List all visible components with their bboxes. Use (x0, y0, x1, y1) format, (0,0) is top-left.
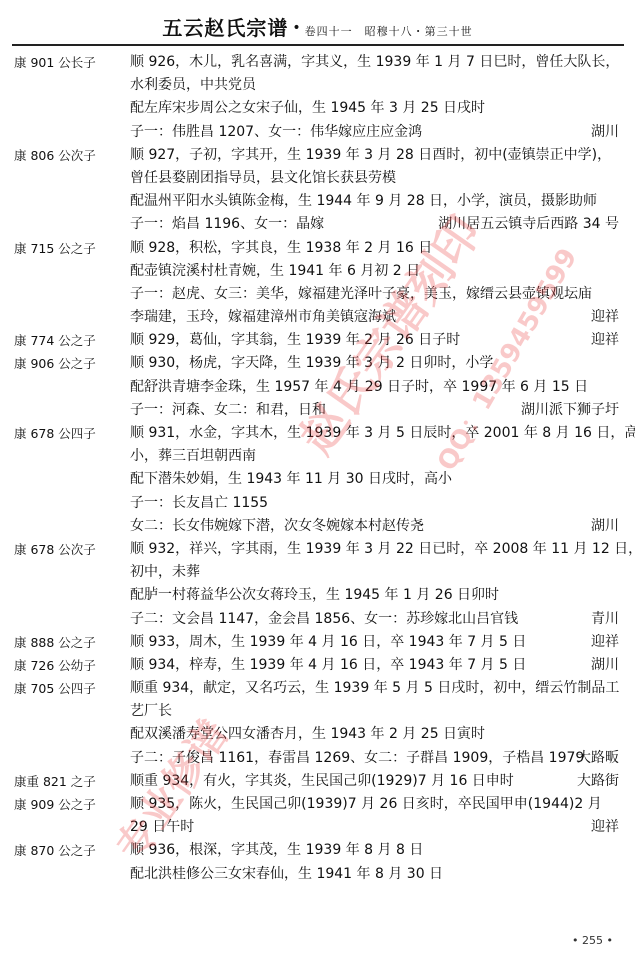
entry-line: 康 774 公之子顺 929，葛仙，字其翁，生 1939 年 2 月 26 日子… (0, 329, 635, 352)
entry-text: 顺 935，陈火，生民国己卯(1939)7 月 26 日亥时，卒民国甲申(194… (130, 793, 602, 816)
entry-line: 配壶镇浣溪村杜青婉，生 1941 年 6 月初 2 日 (0, 260, 635, 283)
entry-line: 初中，未葬 (0, 561, 635, 584)
volume-subtitle: 卷四十一 昭穆十八・第三十世 (305, 25, 473, 38)
entry-line: 康 678 公四子顺 931，水金，字其木，生 1939 年 3 月 5 日辰时… (0, 422, 635, 445)
parent-label: 康 774 公之子 (14, 329, 114, 352)
parent-label: 康 870 公之子 (14, 839, 114, 862)
entry-line: 康 901 公长子顺 926，木儿，乳名喜满，字其义，生 1939 年 1 月 … (0, 51, 635, 74)
book-title: 五云赵氏宗谱 (162, 16, 288, 40)
entry-line: 水利委员，中共党员 (0, 74, 635, 97)
entry-text: 子一：伟胜昌 1207、女一：伟华嫁应庄应金鸿 (130, 121, 422, 144)
entry-text: 顺 936，根深，字其茂，生 1939 年 8 月 8 日 (130, 839, 423, 862)
residence-location: 迎祥 (591, 631, 619, 654)
parent-label: 康重 821 之子 (14, 770, 114, 793)
parent-label: 康 678 公次子 (14, 538, 114, 561)
entry-text: 顺 933，周木，生 1939 年 4 月 16 日，卒 1943 年 7 月 … (130, 631, 526, 654)
entry-line: 康 909 公之子顺 935，陈火，生民国己卯(1939)7 月 26 日亥时，… (0, 793, 635, 816)
entry-text: 子一：河森、女二：和君，日和 (130, 399, 326, 422)
entry-line: 子二：子俊昌 1161，春雷昌 1269、女二：子群昌 1909，子梏昌 197… (0, 747, 635, 770)
genealogy-entries: 康 901 公长子顺 926，木儿，乳名喜满，字其义，生 1939 年 1 月 … (0, 51, 635, 886)
entry-line: 子一：伟胜昌 1207、女一：伟华嫁应庄应金鸿湖川 (0, 121, 635, 144)
entry-text: 顺 932，祥兴，字其雨，生 1939 年 3 月 22 日已时，卒 2008 … (130, 538, 635, 561)
residence-location: 大路街 (577, 770, 619, 793)
entry-line: 配温州平阳水头镇陈金梅，生 1944 年 9 月 28 日，小学，演员，摄影助师 (0, 190, 635, 213)
entry-text: 子一：焰昌 1196、女一：晶嫁 (130, 213, 324, 236)
entry-text: 初中，未葬 (130, 561, 200, 584)
entry-line: 子一：赵虎、女三：美华，嫁福建光泽叶子豪，美玉，嫁缙云县壶镇观坛庙 (0, 283, 635, 306)
entry-line: 子一：焰昌 1196、女一：晶嫁湖川居五云镇寺后西路 34 号 (0, 213, 635, 236)
entry-line: 配左库宋步周公之女宋子仙，生 1945 年 3 月 25 日戌时 (0, 97, 635, 120)
parent-label: 康 715 公之子 (14, 237, 114, 260)
entry-line: 女二：长女伟婉嫁下潜，次女冬婉嫁本村赵传尧湖川 (0, 515, 635, 538)
page-number: • 255 • (572, 934, 613, 947)
parent-label: 康 705 公四子 (14, 677, 114, 700)
residence-location: 青川 (591, 608, 619, 631)
entry-text: 顺 930，杨虎，字天降，生 1939 年 3 月 2 日卯时，小学 (130, 352, 493, 375)
entry-line: 配胪一村蒋益华公次女蒋玲玉，生 1945 年 1 月 26 日卯时 (0, 584, 635, 607)
entry-text: 子二：文会昌 1147，金会昌 1856、女一：苏珍嫁北山吕官钱 (130, 608, 518, 631)
entry-text: 艺厂长 (130, 700, 172, 723)
entry-line: 康 888 公之子顺 933，周木，生 1939 年 4 月 16 日，卒 19… (0, 631, 635, 654)
entry-text: 配温州平阳水头镇陈金梅，生 1944 年 9 月 28 日，小学，演员，摄影助师 (130, 190, 597, 213)
entry-line: 子一：长友昌亡 1155 (0, 492, 635, 515)
entry-text: 配左库宋步周公之女宋子仙，生 1945 年 3 月 25 日戌时 (130, 97, 485, 120)
header-rule (12, 44, 624, 46)
entry-line: 康 715 公之子顺 928，积松，字其良，生 1938 年 2 月 16 日 (0, 237, 635, 260)
residence-location: 湖川派下狮子圩 (521, 399, 619, 422)
entry-text: 顺重 934，献定，又名巧云，生 1939 年 5 月 5 日戌时，初中，缙云竹… (130, 677, 619, 700)
entry-text: 配双溪潘寿堂公四女潘杏月，生 1943 年 2 月 25 日寅时 (130, 723, 485, 746)
parent-label: 康 906 公之子 (14, 352, 114, 375)
residence-location: 大路畈 (577, 747, 619, 770)
entry-line: 康 678 公次子顺 932，祥兴，字其雨，生 1939 年 3 月 22 日已… (0, 538, 635, 561)
entry-text: 李瑞建，玉玲，嫁福建漳州市角美镇寇海斌 (130, 306, 396, 329)
entry-text: 曾任县婺剧团指导员，县文化馆长获县劳模 (130, 167, 396, 190)
entry-line: 配下潜朱妙娟，生 1943 年 11 月 30 日戌时，高小 (0, 468, 635, 491)
residence-location: 迎祥 (591, 329, 619, 352)
residence-location: 迎祥 (591, 306, 619, 329)
residence-location: 湖川 (591, 654, 619, 677)
entry-text: 顺 931，水金，字其木，生 1939 年 3 月 5 日辰时，卒 2001 年… (130, 422, 635, 445)
entry-line: 李瑞建，玉玲，嫁福建漳州市角美镇寇海斌迎祥 (0, 306, 635, 329)
entry-text: 配北洪桂修公三女宋春仙，生 1941 年 8 月 30 日 (130, 863, 443, 886)
entry-text: 顺 927，子初，字其开，生 1939 年 3 月 28 日酉时，初中(壶镇崇正… (130, 144, 611, 167)
entry-line: 29 日午时迎祥 (0, 816, 635, 839)
entry-text: 子一：赵虎、女三：美华，嫁福建光泽叶子豪，美玉，嫁缙云县壶镇观坛庙 (130, 283, 592, 306)
entry-line: 小，葬三百坦朝西南 (0, 445, 635, 468)
entry-text: 子一：长友昌亡 1155 (130, 492, 268, 515)
entry-text: 配下潜朱妙娟，生 1943 年 11 月 30 日戌时，高小 (130, 468, 452, 491)
entry-text: 配舒洪青塘李金珠，生 1957 年 4 月 29 日子时，卒 1997 年 6 … (130, 376, 588, 399)
parent-label: 康 888 公之子 (14, 631, 114, 654)
parent-label: 康 806 公次子 (14, 144, 114, 167)
entry-line: 子一：河森、女二：和君，日和湖川派下狮子圩 (0, 399, 635, 422)
entry-line: 康 870 公之子顺 936，根深，字其茂，生 1939 年 8 月 8 日 (0, 839, 635, 862)
entry-line: 康重 821 之子顺重 934，有火，字其炎，生民国己卯(1929)7 月 16… (0, 770, 635, 793)
entry-text: 顺 934，梓寿，生 1939 年 4 月 16 日，卒 1943 年 7 月 … (130, 654, 526, 677)
parent-label: 康 678 公四子 (14, 422, 114, 445)
entry-line: 艺厂长 (0, 700, 635, 723)
entry-line: 康 726 公幼子顺 934，梓寿，生 1939 年 4 月 16 日，卒 19… (0, 654, 635, 677)
entry-text: 配壶镇浣溪村杜青婉，生 1941 年 6 月初 2 日 (130, 260, 420, 283)
entry-text: 顺 928，积松，字其良，生 1938 年 2 月 16 日 (130, 237, 432, 260)
page-header: 五云赵氏宗谱•卷四十一 昭穆十八・第三十世 (0, 12, 635, 41)
residence-location: 湖川 (591, 515, 619, 538)
entry-text: 小，葬三百坦朝西南 (130, 445, 256, 468)
entry-text: 顺重 934，有火，字其炎，生民国己卯(1929)7 月 16 日申时 (130, 770, 514, 793)
entry-line: 配北洪桂修公三女宋春仙，生 1941 年 8 月 30 日 (0, 863, 635, 886)
residence-location: 迎祥 (591, 816, 619, 839)
residence-location: 湖川 (591, 121, 619, 144)
entry-line: 康 705 公四子顺重 934，献定，又名巧云，生 1939 年 5 月 5 日… (0, 677, 635, 700)
entry-line: 康 906 公之子顺 930，杨虎，字天降，生 1939 年 3 月 2 日卯时… (0, 352, 635, 375)
residence-location: 湖川居五云镇寺后西路 34 号 (438, 213, 619, 236)
entry-line: 康 806 公次子顺 927，子初，字其开，生 1939 年 3 月 28 日酉… (0, 144, 635, 167)
entry-text: 顺 929，葛仙，字其翁，生 1939 年 2 月 26 日子时 (130, 329, 460, 352)
entry-line: 配双溪潘寿堂公四女潘杏月，生 1943 年 2 月 25 日寅时 (0, 723, 635, 746)
entry-text: 女二：长女伟婉嫁下潜，次女冬婉嫁本村赵传尧 (130, 515, 424, 538)
entry-line: 配舒洪青塘李金珠，生 1957 年 4 月 29 日子时，卒 1997 年 6 … (0, 376, 635, 399)
entry-line: 曾任县婺剧团指导员，县文化馆长获县劳模 (0, 167, 635, 190)
title-separator: • (292, 20, 300, 36)
parent-label: 康 909 公之子 (14, 793, 114, 816)
parent-label: 康 726 公幼子 (14, 654, 114, 677)
parent-label: 康 901 公长子 (14, 51, 114, 74)
entry-line: 子二：文会昌 1147，金会昌 1856、女一：苏珍嫁北山吕官钱青川 (0, 608, 635, 631)
entry-text: 29 日午时 (130, 816, 194, 839)
entry-text: 顺 926，木儿，乳名喜满，字其义，生 1939 年 1 月 7 日巳时，曾任大… (130, 51, 619, 74)
entry-text: 子二：子俊昌 1161，春雷昌 1269、女二：子群昌 1909，子梏昌 197… (130, 747, 584, 770)
entry-text: 水利委员，中共党员 (130, 74, 256, 97)
entry-text: 配胪一村蒋益华公次女蒋玲玉，生 1945 年 1 月 26 日卯时 (130, 584, 499, 607)
